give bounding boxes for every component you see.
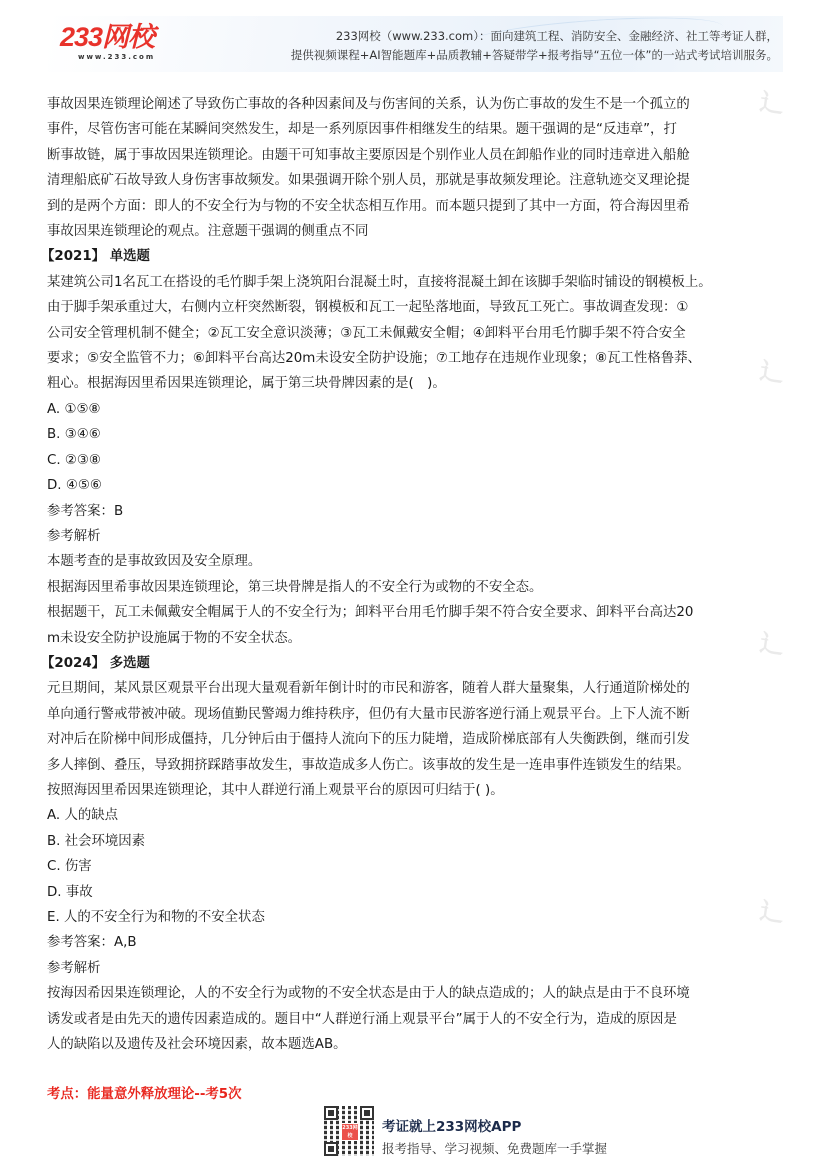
option-d: D. 事故: [47, 880, 782, 905]
header-tagline: 233网校（www.233.com）：面向建筑工程、消防安全、金融经济、社工等考…: [291, 27, 778, 65]
option-a: A. ①⑤⑧: [47, 397, 782, 422]
question-stem-line: 单向通行警戒带被冲破。现场值勤民警竭力维持秩序，但仍有大量市民游客逆行涌上观景平…: [47, 702, 782, 727]
analysis-label: 参考解析: [47, 956, 782, 981]
logo-url: www.233.com: [78, 53, 155, 61]
analysis-line: 按海因希因果连锁理论，人的不安全行为或物的不安全状态是由于人的缺点造成的；人的缺…: [47, 981, 782, 1006]
question-stem-line: 某建筑公司1名瓦工在搭设的毛竹脚手架上浇筑阳台混凝土时，直接将混凝土卸在该脚手架…: [47, 270, 782, 295]
app-promo-footer: 233网校 考证就上233网校APP 报考指导、学习视频、免费题库一手掌握: [324, 1106, 644, 1162]
question-stem-line: 多人摔倒、叠压，导致拥挤踩踏事故发生，事故造成多人伤亡。该事故的发生是一连串事件…: [47, 753, 782, 778]
text-line: 事件，尽管伤害可能在某瞬间突然发生，却是一系列原因事件相继发生的结果。题干强调的…: [47, 117, 782, 142]
text-line: 到的是两个方面：即人的不安全行为与物的不安全状态相互作用。而本题只提到了其中一方…: [47, 194, 782, 219]
qr-finder-icon: [360, 1106, 374, 1120]
keypoint-heading: 考点：能量意外释放理论--考5次: [47, 1082, 782, 1107]
qr-code-icon[interactable]: 233网校: [324, 1106, 374, 1156]
text-line: 事故因果连锁理论阐述了导致伤亡事故的各种因素间及与伤害间的关系，认为伤亡事故的发…: [47, 92, 782, 117]
footer-title: 考证就上233网校APP: [382, 1115, 521, 1135]
option-e: E. 人的不安全行为和物的不安全状态: [47, 905, 782, 930]
analysis-line: 诱发或者是由先天的遗传因素造成的。题目中“人群逆行涌上观景平台”属于人的不安全行…: [47, 1007, 782, 1032]
question-stem-line: 对冲后在阶梯中间形成僵持，几分钟后由于僵持人流向下的压力陡增，造成阶梯底部有人失…: [47, 727, 782, 752]
analysis-label: 参考解析: [47, 524, 782, 549]
question-stem-line: 由于脚手架承重过大，右侧内立杆突然断裂，钢模板和瓦工一起坠落地面，导致瓦工死亡。…: [47, 295, 782, 320]
qr-brand-logo: 233网校: [341, 1123, 359, 1141]
tagline-line-2: 提供视频课程+AI智能题库+品质教辅+答疑带学+报考指导“五位一体”的一站式考试…: [291, 46, 778, 65]
question-stem-line: 按照海因里希因果连锁理论，其中人群逆行涌上观景平台的原因可归结于( )。: [47, 778, 782, 803]
spacer: [47, 1057, 782, 1082]
document-body: 事故因果连锁理论阐述了导致伤亡事故的各种因素间及与伤害间的关系，认为伤亡事故的发…: [47, 92, 782, 1108]
question-2021: 【2021】 单选题 某建筑公司1名瓦工在搭设的毛竹脚手架上浇筑阳台混凝土时，直…: [47, 244, 782, 651]
option-b: B. 社会环境因素: [47, 829, 782, 854]
question-stem-line: 元旦期间，某风景区观景平台出现大量观看新年倒计时的市民和游客，随着人群大量聚集，…: [47, 676, 782, 701]
qr-finder-icon: [324, 1142, 338, 1156]
tagline-line-1: 233网校（www.233.com）：面向建筑工程、消防安全、金融经济、社工等考…: [291, 27, 778, 46]
question-heading: 【2024】 多选题: [41, 651, 782, 676]
intro-analysis: 事故因果连锁理论阐述了导致伤亡事故的各种因素间及与伤害间的关系，认为伤亡事故的发…: [47, 92, 782, 244]
option-c: C. ②③⑧: [47, 448, 782, 473]
text-line: 事故因果连锁理论的观点。注意题干强调的侧重点不同: [47, 219, 782, 244]
brand-logo[interactable]: 233网校 www.233.com: [60, 22, 180, 68]
analysis-line: 根据海因里希事故因果连锁理论，第三块骨牌是指人的不安全行为或物的不安全态。: [47, 575, 782, 600]
logo-text: 233网校: [60, 22, 154, 52]
question-stem-line: 公司安全管理机制不健全；②瓦工安全意识淡薄；③瓦工未佩戴安全帽；④卸料平台用毛竹…: [47, 321, 782, 346]
analysis-line: m未设安全防护设施属于物的不安全状态。: [47, 626, 782, 651]
analysis-line: 人的缺陷以及遗传及社会环境因素，故本题选AB。: [47, 1032, 782, 1057]
question-heading: 【2021】 单选题: [41, 244, 782, 269]
option-b: B. ③④⑥: [47, 422, 782, 447]
text-line: 断事故链，属于事故因果连锁理论。由题干可知事故主要原因是个别作业人员在卸船作业的…: [47, 143, 782, 168]
option-a: A. 人的缺点: [47, 803, 782, 828]
footer-subtitle: 报考指导、学习视频、免费题库一手掌握: [382, 1139, 607, 1157]
reference-answer: 参考答案：A,B: [47, 930, 782, 955]
question-stem-line: 要求；⑤安全监管不力；⑥卸料平台高达20m未设安全防护设施；⑦工地存在违规作业现…: [47, 346, 782, 371]
reference-answer: 参考答案：B: [47, 499, 782, 524]
qr-finder-icon: [324, 1106, 338, 1120]
option-d: D. ④⑤⑥: [47, 473, 782, 498]
analysis-line: 根据题干，瓦工未佩戴安全帽属于人的不安全行为；卸料平台用毛竹脚手架不符合安全要求…: [47, 600, 782, 625]
question-stem-line: 粗心。根据海因里希因果连锁理论，属于第三块骨牌因素的是( )。: [47, 371, 782, 396]
question-2024: 【2024】 多选题 元旦期间，某风景区观景平台出现大量观看新年倒计时的市民和游…: [47, 651, 782, 1058]
option-c: C. 伤害: [47, 854, 782, 879]
text-line: 清理船底矿石故导致人身伤害事故频发。如果强调开除个别人员，那就是事故频发理论。注…: [47, 168, 782, 193]
analysis-line: 本题考查的是事故致因及安全原理。: [47, 549, 782, 574]
